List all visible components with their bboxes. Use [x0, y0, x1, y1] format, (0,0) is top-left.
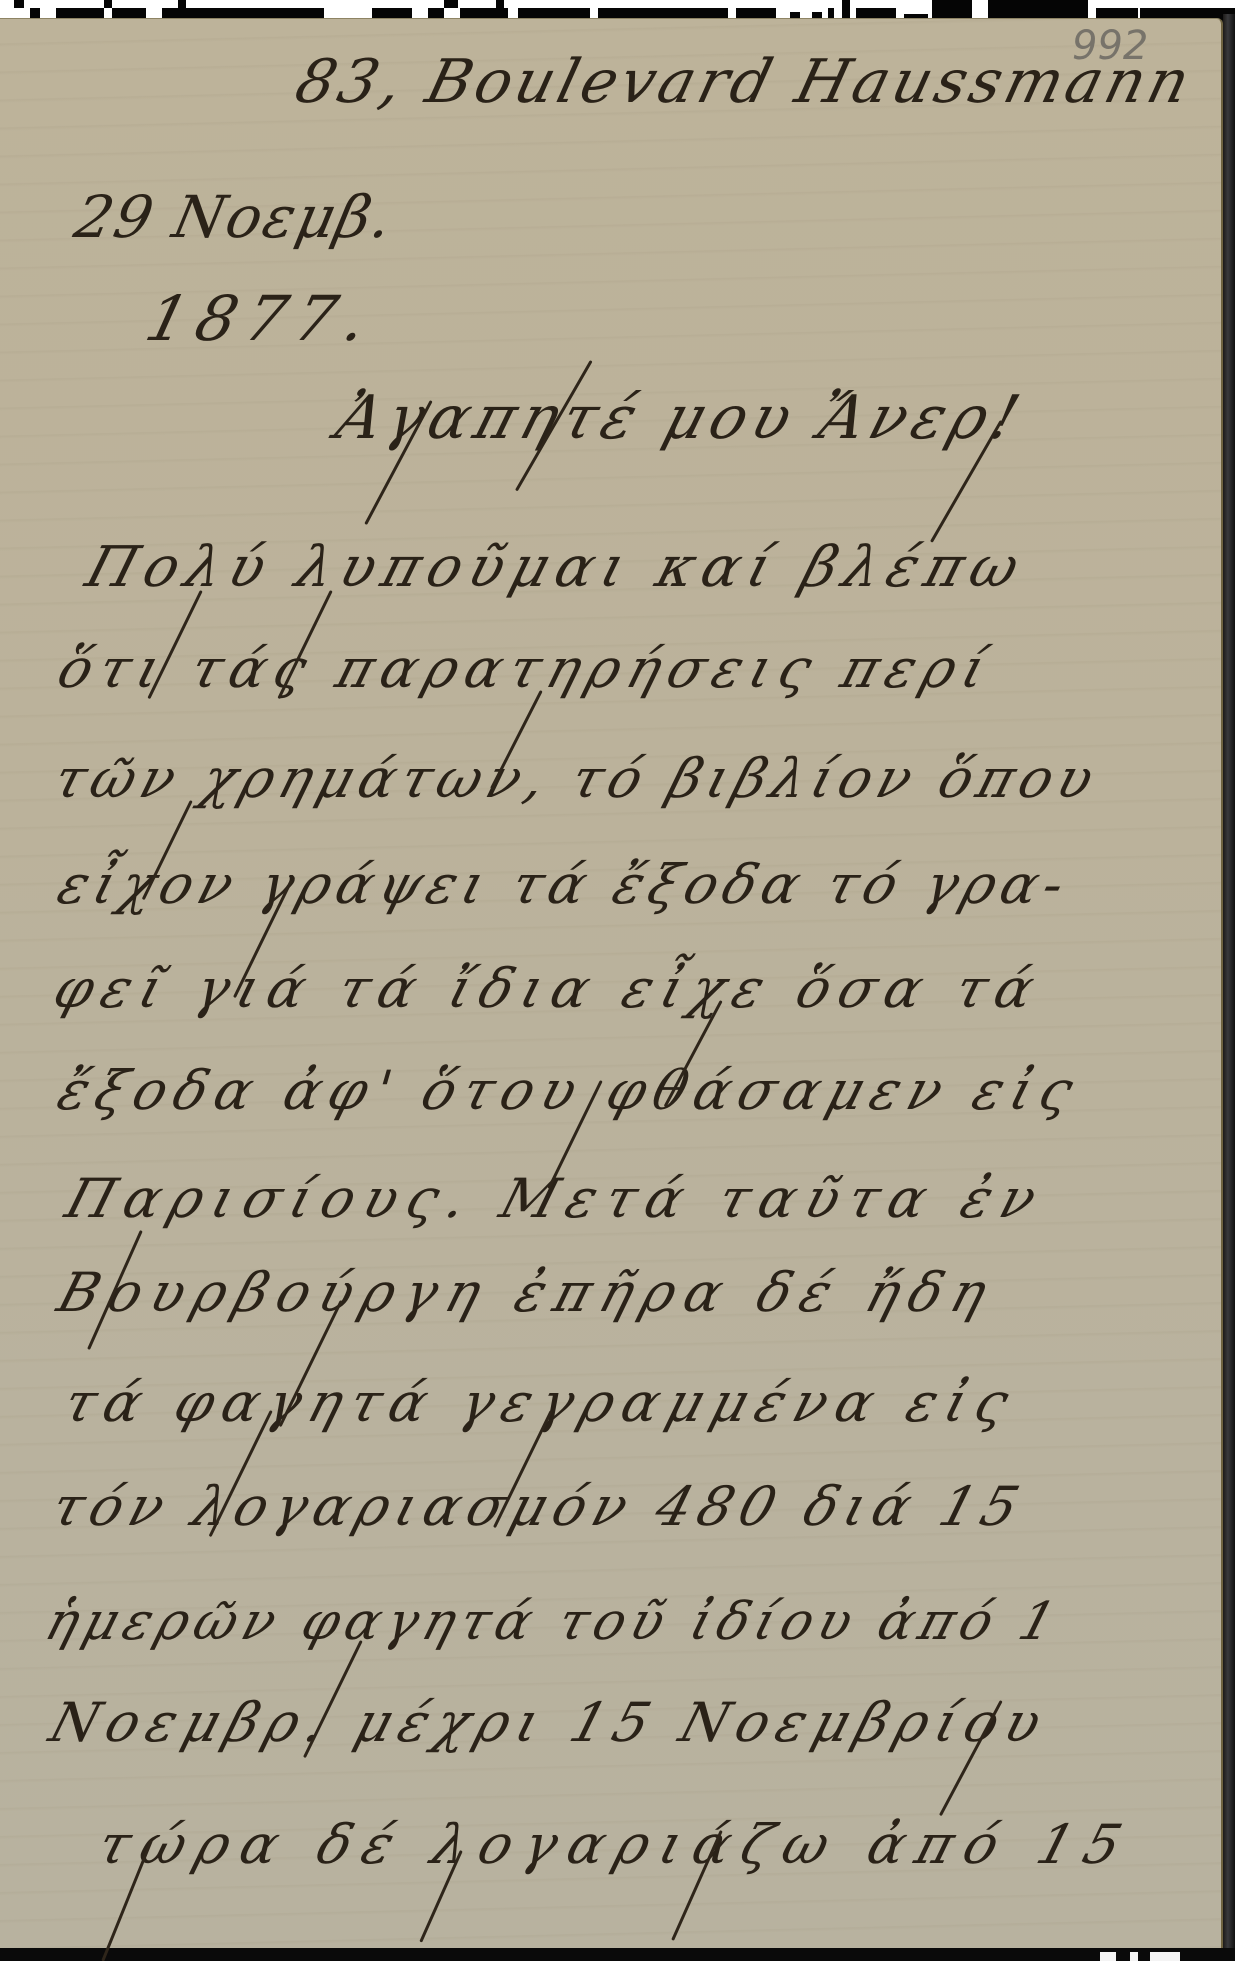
scanned-page: 992 83, Boulevard Haussmann 29 Νοεμβ. 18… [0, 0, 1235, 1961]
body-line: Παρισίους. Μετά ταῦτα ἐν [60, 1172, 1052, 1226]
scan-edge-right [1223, 14, 1235, 1961]
body-line: Πολύ λυποῦμαι καί βλέπω [80, 540, 1033, 596]
body-line: φεῖ γιά τά ἴδια εἶχε ὅσα τά [48, 962, 1049, 1016]
body-line: τά φαγητά γεγραμμένα εἰς [58, 1376, 1023, 1430]
letter-date-day-month: 29 Νοεμβ. [70, 188, 399, 246]
body-line: τώρα δέ λογαριάζω ἀπό 15 [92, 1818, 1139, 1872]
scan-edge-bottom [0, 1948, 1235, 1961]
body-line: Νοεμβρ. μέχρι 15 Νοεμβρίου [44, 1696, 1055, 1750]
body-line: Βουρβούργη ἐπῆρα δέ ἤδη [52, 1266, 1002, 1320]
body-line: τόν λογαριασμόν 480 διά 15 [46, 1480, 1031, 1534]
letter-date-year: 1877. [140, 288, 383, 350]
address-header: 83, Boulevard Haussmann [290, 52, 1199, 112]
body-line: εἶχον γράψει τά ἔξοδα τό γρα- [52, 858, 1076, 912]
body-line: ἡμερῶν φαγητά τοῦ ἰδίου ἀπό 1 [40, 1596, 1067, 1648]
body-line: ἔξοδα ἀφ' ὅτου φθάσαμεν εἰς [52, 1064, 1087, 1118]
scan-edge-top [0, 0, 1235, 20]
body-line: τῶν χρημάτων, τό βιβλίον ὅπου [48, 752, 1105, 806]
salutation: Ἀγαπητέ μου Ἄνερ! [330, 388, 1032, 448]
body-line: ὅτι τάς παρατηρήσεις περί [52, 642, 1000, 696]
